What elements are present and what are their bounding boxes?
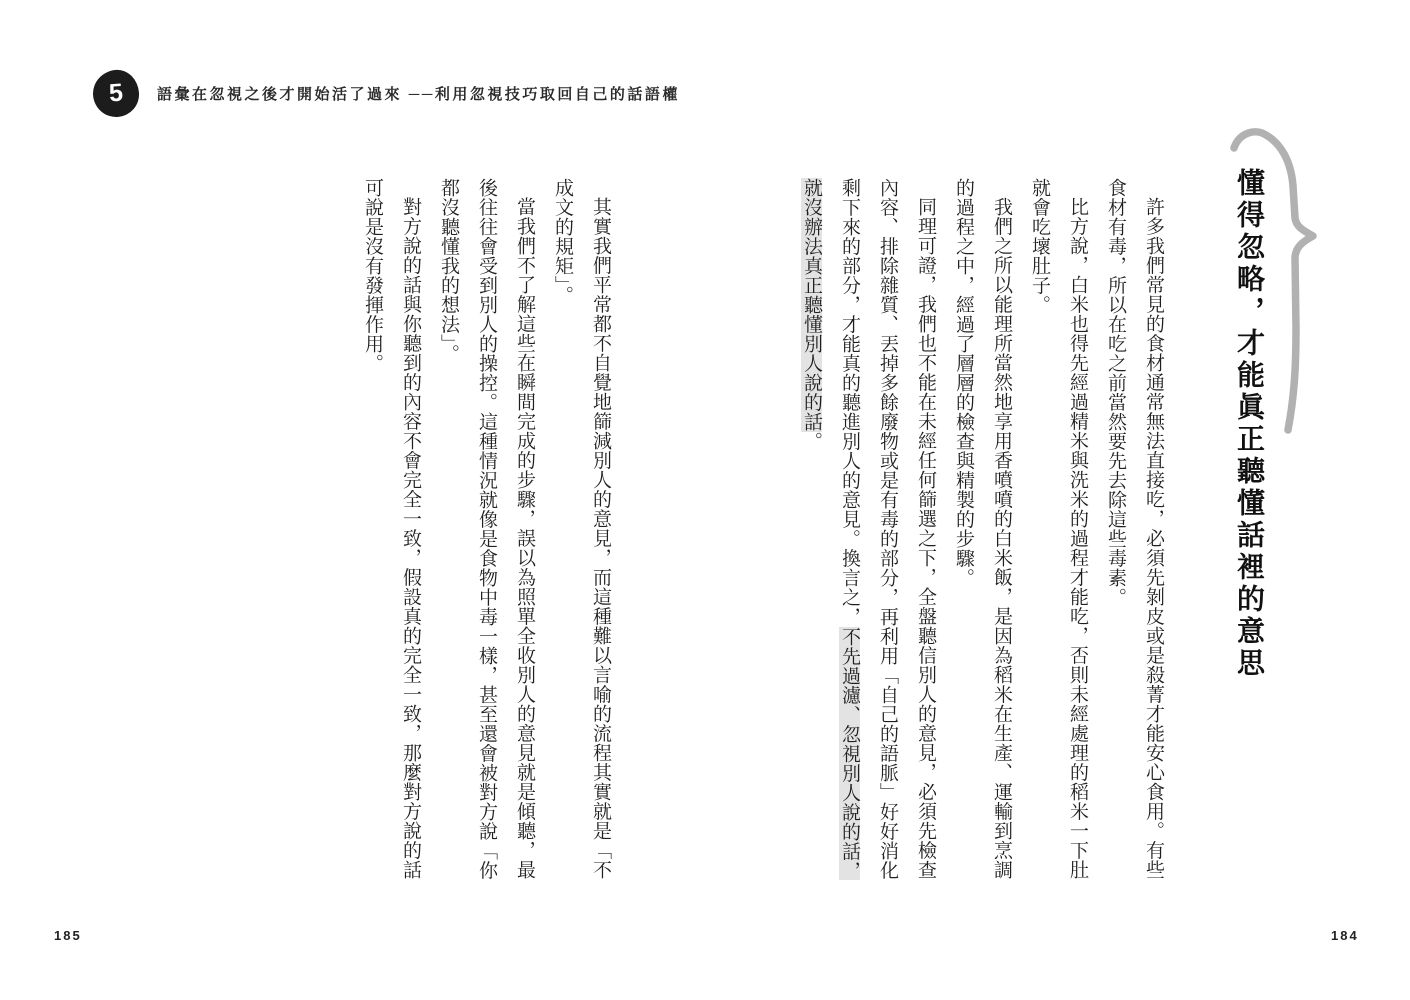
paragraph: 其實我們平常都不自覺地篩減別人的意見，而這種難以言喻的流程其實就是「不成文的規矩… [543, 178, 619, 884]
left-page-body: 其實我們平常都不自覺地篩減別人的意見，而這種難以言喻的流程其實就是「不成文的規矩… [313, 178, 619, 884]
body-text: 許多我們常見的食材通常無法直接吃，必須先剝皮或是殺菁才能安心食用。有些食材有毒，… [1105, 178, 1164, 880]
paragraph: 比方說，白米也得先經過精米與洗米的過程才能吃，否則未經處理的稻米一下肚就會吃壞肚… [1020, 178, 1096, 884]
page-number-left: 185 [54, 928, 82, 943]
body-text: 比方說，白米也得先經過精米與洗米的過程才能吃，否則未經處理的稻米一下肚就會吃壞肚… [1029, 178, 1088, 880]
body-text: 其實我們平常都不自覺地篩減別人的意見，而這種難以言喻的流程其實就是「不成文的規矩… [552, 178, 611, 880]
running-head-title: 語彙在忽視之後才開始活了過來 ──利用忽視技巧取回自己的話語權 [157, 83, 680, 104]
book-spread: 5 語彙在忽視之後才開始活了過來 ──利用忽視技巧取回自己的話語權 懂得忽略，才… [0, 0, 1410, 1000]
paragraph: 許多我們常見的食材通常無法直接吃，必須先剝皮或是殺菁才能安心食用。有些食材有毒，… [1096, 178, 1172, 884]
paragraph: 我們之所以能理所當然地享用香噴噴的白米飯，是因為稻米在生產、運輸到烹調的過程之中… [944, 178, 1020, 884]
chapter-number: 5 [108, 79, 124, 109]
chapter-number-badge: 5 [91, 68, 140, 118]
right-page-body: 許多我們常見的食材通常無法直接吃，必須先剝皮或是殺菁才能安心食用。有些食材有毒，… [790, 178, 1172, 884]
body-text: 對方說的話與你聽到的內容不會完全一致，假設真的完全一致，那麼對方說的話可說是沒有… [362, 178, 421, 880]
section-title: 懂得忽略，才能眞正聽懂話裡的意思 [1229, 168, 1269, 728]
body-text: 當我們不了解這些在瞬間完成的步驟，誤以為照單全收別人的意見就是傾聽，最後往往會受… [438, 178, 535, 880]
paragraph: 當我們不了解這些在瞬間完成的步驟，誤以為照單全收別人的意見就是傾聽，最後往往會受… [429, 178, 543, 884]
paragraph: 對方說的話與你聽到的內容不會完全一致，假設真的完全一致，那麼對方說的話可說是沒有… [353, 178, 429, 884]
body-text: 。 [801, 432, 822, 452]
page-number-right: 184 [1331, 928, 1359, 943]
body-text: 我們之所以能理所當然地享用香噴噴的白米飯，是因為稻米在生產、運輸到烹調的過程之中… [953, 178, 1012, 880]
paragraph: 同理可證，我們也不能在未經任何篩選之下，全盤聽信別人的意見，必須先檢查內容、排除… [792, 178, 944, 884]
